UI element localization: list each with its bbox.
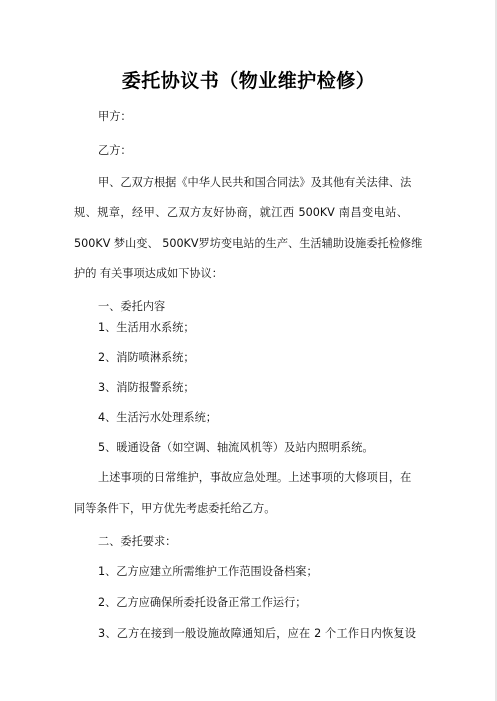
section1-item-3: 3、消防报警系统； — [98, 381, 195, 395]
section2-heading: 二、委托要求： — [98, 535, 176, 549]
section1-note-line-1: 上述事项的日常维护，事故应急处理。上述事项的大修项目，在 — [98, 471, 408, 485]
party-b-label: 乙方： — [98, 144, 132, 158]
section1-item-2: 2、消防喷淋系统； — [98, 351, 195, 365]
section2-item-2: 2、乙方应确保所委托设备正常工作运行； — [98, 596, 307, 610]
section2-item-3: 3、乙方在接到一般设施故障通知后，应在 2 个工作日内恢复设 — [98, 627, 416, 641]
intro-line-4: 护的 有关事项达成如下协议： — [74, 267, 223, 281]
section1-heading: 一、委托内容 — [98, 300, 165, 314]
section1-item-5: 5、暖通设备（如空调、轴流风机等）及站内照明系统。 — [98, 441, 374, 455]
intro-line-1: 甲、乙双方根据《中华人民共和国合同法》及其他有关法律、法 — [98, 176, 408, 190]
section1-item-1: 1、生活用水系统； — [98, 321, 195, 335]
party-a-label: 甲方： — [98, 110, 132, 124]
intro-line-2: 规、规章，经甲、乙双方友好协商，就江西 500KV 南昌变电站、 — [74, 206, 408, 220]
section2-item-1: 1、乙方应建立所需维护工作范围设备档案； — [98, 565, 318, 579]
document-page: 委托协议书（物业维护检修） 甲方： 乙方： 甲、乙双方根据《中华人民共和国合同法… — [0, 0, 497, 701]
document-title: 委托协议书（物业维护检修） — [0, 66, 497, 93]
section1-note-line-2: 同等条件下，甲方优先考虑委托给乙方。 — [74, 502, 275, 516]
intro-line-3: 500KV 梦山变、 500KV罗坊变电站的生产、生活辅助设施委托检修维 — [74, 237, 408, 251]
section1-item-4: 4、生活污水处理系统； — [98, 411, 217, 425]
